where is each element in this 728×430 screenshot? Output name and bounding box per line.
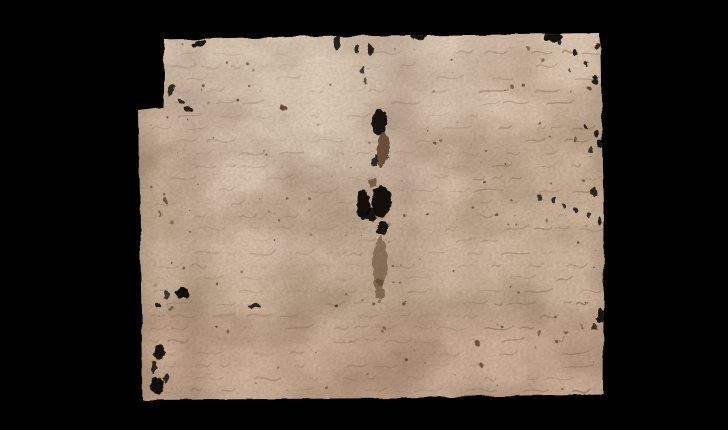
ink-speck <box>279 220 282 223</box>
ink-speck <box>420 49 421 50</box>
ink-speck <box>414 349 416 351</box>
ink-speck <box>419 258 421 260</box>
ink-speck <box>568 46 569 47</box>
ink-speck <box>226 62 228 64</box>
ink-blot <box>171 221 174 225</box>
ink-speck <box>585 224 588 227</box>
ink-speck <box>391 281 393 283</box>
ink-speck <box>554 340 557 343</box>
ink-speck <box>456 123 458 125</box>
ink-speck <box>308 197 311 200</box>
ink-speck <box>180 211 182 213</box>
ink-speck <box>274 240 276 242</box>
ink-blot <box>558 39 562 45</box>
ink-speck <box>402 180 404 182</box>
ink-speck <box>425 362 427 364</box>
ink-speck <box>270 228 272 230</box>
ink-speck <box>510 199 512 201</box>
ink-blot <box>581 324 584 328</box>
ink-speck <box>496 213 499 216</box>
ink-speck <box>198 184 200 186</box>
ink-speck <box>213 138 214 139</box>
ink-speck <box>507 223 509 225</box>
ink-speck <box>366 372 368 374</box>
ink-speck <box>268 210 270 212</box>
ink-blot <box>369 178 377 188</box>
ink-speck <box>217 326 219 328</box>
ink-speck <box>561 388 563 390</box>
ink-speck <box>593 267 595 269</box>
ink-speck <box>400 264 401 265</box>
ink-blot <box>563 204 567 210</box>
ink-speck <box>228 372 229 373</box>
ink-speck <box>537 121 540 124</box>
photo-viewport <box>0 0 728 430</box>
ink-blot <box>588 148 592 154</box>
ink-speck <box>350 341 351 342</box>
ink-speck <box>254 382 255 383</box>
ink-speck <box>184 268 187 271</box>
ink-blot <box>576 137 579 141</box>
ink-speck <box>479 98 481 100</box>
ink-speck <box>505 164 507 166</box>
ink-blot <box>584 60 588 66</box>
ink-speck <box>252 69 255 72</box>
ink-speck <box>233 164 235 166</box>
ink-speck <box>406 300 407 301</box>
ink-speck <box>496 384 498 386</box>
ink-speck <box>240 271 243 274</box>
ink-speck <box>345 293 347 295</box>
ink-speck <box>226 331 229 334</box>
ink-speck <box>481 161 482 162</box>
ink-blot <box>593 75 598 83</box>
ink-speck <box>451 59 453 61</box>
ink-speck <box>382 327 385 330</box>
ink-blot <box>597 217 602 225</box>
ink-speck <box>153 284 156 287</box>
ink-speck <box>369 141 371 143</box>
ink-blot <box>545 217 548 221</box>
ink-blot <box>570 69 573 73</box>
paper-sheet <box>130 25 612 407</box>
ink-speck <box>582 179 585 182</box>
ink-speck <box>361 300 364 303</box>
ink-speck <box>592 362 593 363</box>
ink-blot <box>593 324 597 330</box>
ink-blot <box>529 46 532 50</box>
ink-speck <box>265 154 267 156</box>
ink-speck <box>483 212 484 213</box>
ink-speck <box>214 283 217 286</box>
ink-speck <box>579 128 581 130</box>
ink-speck <box>452 334 453 335</box>
ink-speck <box>345 235 347 237</box>
ink-speck <box>188 119 189 120</box>
ink-speck <box>497 323 500 326</box>
ink-speck <box>342 152 343 153</box>
ink-speck <box>381 330 383 332</box>
ink-blot <box>591 186 596 195</box>
ink-speck <box>569 91 571 93</box>
ink-speck <box>577 242 579 244</box>
letter-photograph <box>0 0 728 430</box>
ink-speck <box>405 358 408 361</box>
ink-speck <box>432 89 435 92</box>
ink-speck <box>181 44 183 46</box>
ink-speck <box>515 223 517 225</box>
ink-speck <box>389 317 390 318</box>
ink-speck <box>404 214 407 217</box>
ink-speck <box>262 150 264 152</box>
ink-blot <box>538 194 542 200</box>
ink-blot <box>354 45 360 53</box>
ink-speck <box>246 62 249 65</box>
ink-speck <box>201 89 203 91</box>
ink-speck <box>206 101 209 104</box>
ink-blot <box>587 212 591 218</box>
ink-speck <box>426 213 428 215</box>
ink-speck <box>170 261 172 263</box>
ink-speck <box>403 302 406 305</box>
ink-speck <box>331 175 333 177</box>
ink-speck <box>202 84 205 87</box>
ink-blot <box>596 44 600 51</box>
ink-speck <box>326 386 329 389</box>
ink-blot <box>565 331 568 335</box>
ink-blot <box>594 130 599 138</box>
ink-speck <box>231 128 232 129</box>
ink-blot <box>361 66 365 74</box>
ink-speck <box>485 149 487 151</box>
ink-speck <box>413 49 414 50</box>
ink-blot <box>164 197 168 204</box>
ink-speck <box>504 90 506 92</box>
ink-speck <box>308 210 310 212</box>
ink-speck <box>171 387 173 389</box>
ink-speck <box>270 203 271 204</box>
ink-speck <box>433 142 436 145</box>
ink-speck <box>373 302 376 305</box>
ink-speck <box>310 233 313 236</box>
ink-speck <box>509 286 511 288</box>
ink-speck <box>248 86 250 88</box>
ink-speck <box>439 139 442 142</box>
ink-speck <box>455 374 457 376</box>
ink-speck <box>268 334 269 335</box>
ink-speck <box>451 270 453 272</box>
ink-speck <box>258 91 259 92</box>
ink-speck <box>482 180 484 182</box>
ink-blot <box>158 212 161 217</box>
ink-blot <box>374 279 384 299</box>
ink-speck <box>259 199 261 201</box>
ink-speck <box>150 125 151 126</box>
ink-speck <box>391 265 394 268</box>
ink-blot <box>542 58 545 62</box>
ink-blot <box>587 87 590 92</box>
ink-blot <box>163 373 169 381</box>
ink-speck <box>394 48 396 50</box>
ink-speck <box>167 116 169 118</box>
ink-speck <box>554 316 557 319</box>
ink-speck <box>387 223 390 226</box>
handwriting-stroke <box>282 115 290 117</box>
ink-speck <box>177 153 178 154</box>
ink-speck <box>522 83 525 86</box>
ink-speck <box>334 304 337 307</box>
ink-speck <box>150 186 153 189</box>
ink-blot <box>364 79 368 85</box>
ink-speck <box>164 193 166 195</box>
ink-speck <box>237 98 240 101</box>
ink-blot <box>476 342 480 347</box>
ink-speck <box>472 207 475 210</box>
ink-speck <box>361 236 362 237</box>
ink-speck <box>549 136 551 138</box>
ink-speck <box>514 215 516 217</box>
ink-speck <box>219 70 220 71</box>
ink-speck <box>189 231 191 233</box>
ink-speck <box>378 299 381 302</box>
ink-blot <box>479 364 483 369</box>
ink-speck <box>595 250 596 251</box>
ink-speck <box>500 325 503 328</box>
ink-speck <box>585 302 587 304</box>
ink-speck <box>535 346 537 348</box>
ink-blot <box>582 125 586 131</box>
ink-blot <box>511 83 515 88</box>
ink-speck <box>286 197 289 200</box>
ink-speck <box>277 367 279 369</box>
ink-speck <box>389 243 390 244</box>
ink-speck <box>189 209 190 210</box>
ink-speck <box>550 183 552 185</box>
ink-speck <box>315 352 316 353</box>
ink-blot <box>155 302 163 308</box>
ink-speck <box>518 291 520 293</box>
ink-blot <box>168 306 174 310</box>
ink-speck <box>203 105 204 106</box>
ink-speck <box>399 282 401 284</box>
ink-blot <box>366 207 376 221</box>
ink-speck <box>427 130 429 132</box>
ink-speck <box>457 218 459 220</box>
ink-blot <box>372 155 378 167</box>
ink-speck <box>589 156 590 157</box>
ink-speck <box>452 73 454 75</box>
ink-speck <box>491 112 492 113</box>
ink-speck <box>509 47 510 48</box>
ink-speck <box>317 123 320 126</box>
ink-speck <box>349 168 351 170</box>
ink-speck <box>330 84 332 86</box>
ink-speck <box>377 177 378 178</box>
ink-blot <box>539 331 542 335</box>
